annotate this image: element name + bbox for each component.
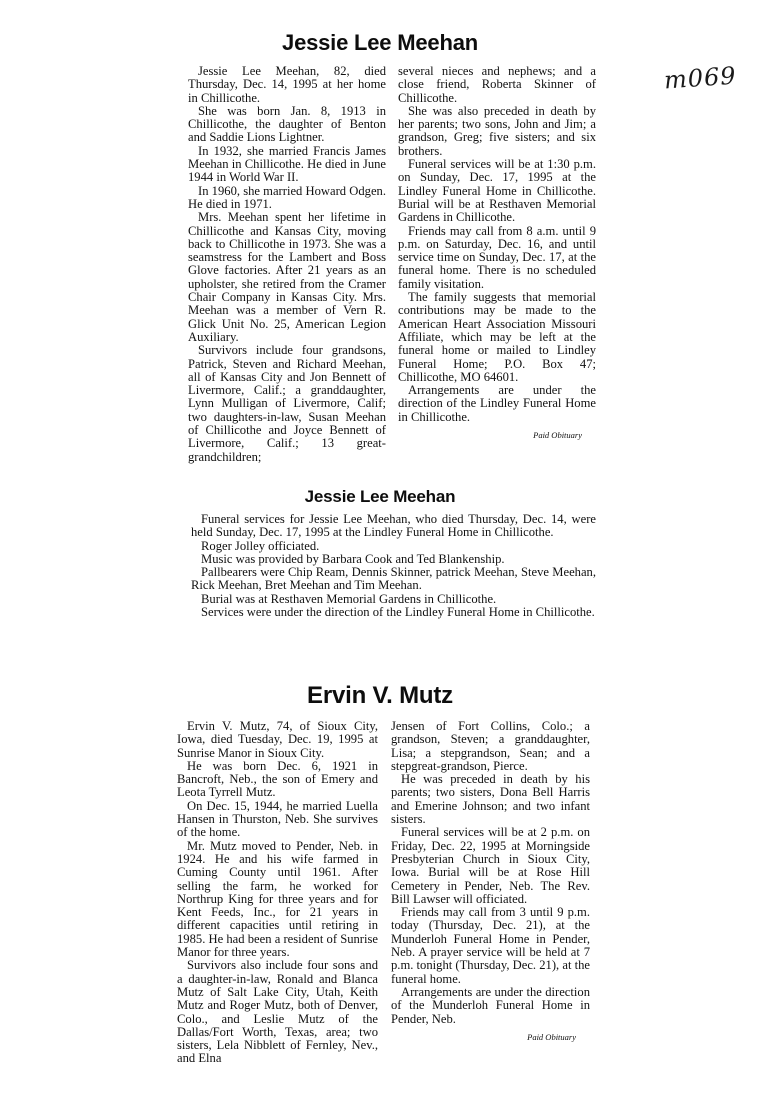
paragraph: Services were under the direction of the… (191, 606, 596, 619)
paragraph: Roger Jolley officiated. (191, 540, 596, 553)
paragraph: She was born Jan. 8, 1913 in Chillicothe… (188, 105, 386, 145)
paragraph-continuation: several nieces and nephews; and a close … (398, 65, 596, 105)
paragraph: Burial was at Resthaven Memorial Gardens… (191, 593, 596, 606)
paragraph: Arrangements are under the direction of … (391, 986, 590, 1026)
obituary-title: Ervin V. Mutz (0, 682, 760, 710)
obituary-left-column: Jessie Lee Meehan, 82, died Thursday, De… (188, 65, 386, 464)
paragraph-continuation: Jensen of Fort Collins, Colo.; a grandso… (391, 720, 590, 773)
paragraph: Ervin V. Mutz, 74, of Sioux City, Iowa, … (177, 720, 378, 760)
paragraph: Funeral services will be at 2 p.m. on Fr… (391, 826, 590, 906)
paragraph: Friends may call from 8 a.m. until 9 p.m… (398, 225, 596, 291)
paragraph: Survivors include four grandsons, Patric… (188, 344, 386, 464)
paragraph: Funeral services will be at 1:30 p.m. on… (398, 158, 596, 224)
paragraph: Mrs. Meehan spent her lifetime in Chilli… (188, 211, 386, 344)
obituary-title: Jessie Lee Meehan (0, 487, 760, 507)
paragraph: He was born Dec. 6, 1921 in Bancroft, Ne… (177, 760, 378, 800)
obituary-left-column: Ervin V. Mutz, 74, of Sioux City, Iowa, … (177, 720, 378, 1066)
paragraph: The family suggests that memorial contri… (398, 291, 596, 384)
paragraph: Friends may call from 3 until 9 p.m. tod… (391, 906, 590, 986)
paragraph: On Dec. 15, 1944, he married Luella Hans… (177, 800, 378, 840)
paragraph: Pallbearers were Chip Ream, Dennis Skinn… (191, 566, 596, 593)
paragraph: She was also preceded in death by her pa… (398, 105, 596, 158)
paragraph: Music was provided by Barbara Cook and T… (191, 553, 596, 566)
obituary-body: Funeral services for Jessie Lee Meehan, … (191, 513, 596, 619)
paragraph: In 1932, she married Francis James Meeha… (188, 145, 386, 185)
paragraph: He was preceded in death by his parents;… (391, 773, 590, 826)
obituary-right-column: Jensen of Fort Collins, Colo.; a grandso… (391, 720, 590, 1044)
paragraph: In 1960, she married Howard Odgen. He di… (188, 185, 386, 212)
paragraph: Funeral services for Jessie Lee Meehan, … (191, 513, 596, 540)
obituary-title: Jessie Lee Meehan (0, 30, 760, 56)
paragraph: Survivors also include four sons and a d… (177, 959, 378, 1065)
paragraph: Jessie Lee Meehan, 82, died Thursday, De… (188, 65, 386, 105)
paragraph: Mr. Mutz moved to Pender, Neb. in 1924. … (177, 840, 378, 960)
paid-obituary-label: Paid Obituary (398, 429, 596, 442)
obituary-right-column: several nieces and nephews; and a close … (398, 65, 596, 442)
paragraph: Arrangements are under the direction of … (398, 384, 596, 424)
handwritten-code: m069 (663, 62, 737, 95)
paid-obituary-label: Paid Obituary (391, 1031, 590, 1044)
